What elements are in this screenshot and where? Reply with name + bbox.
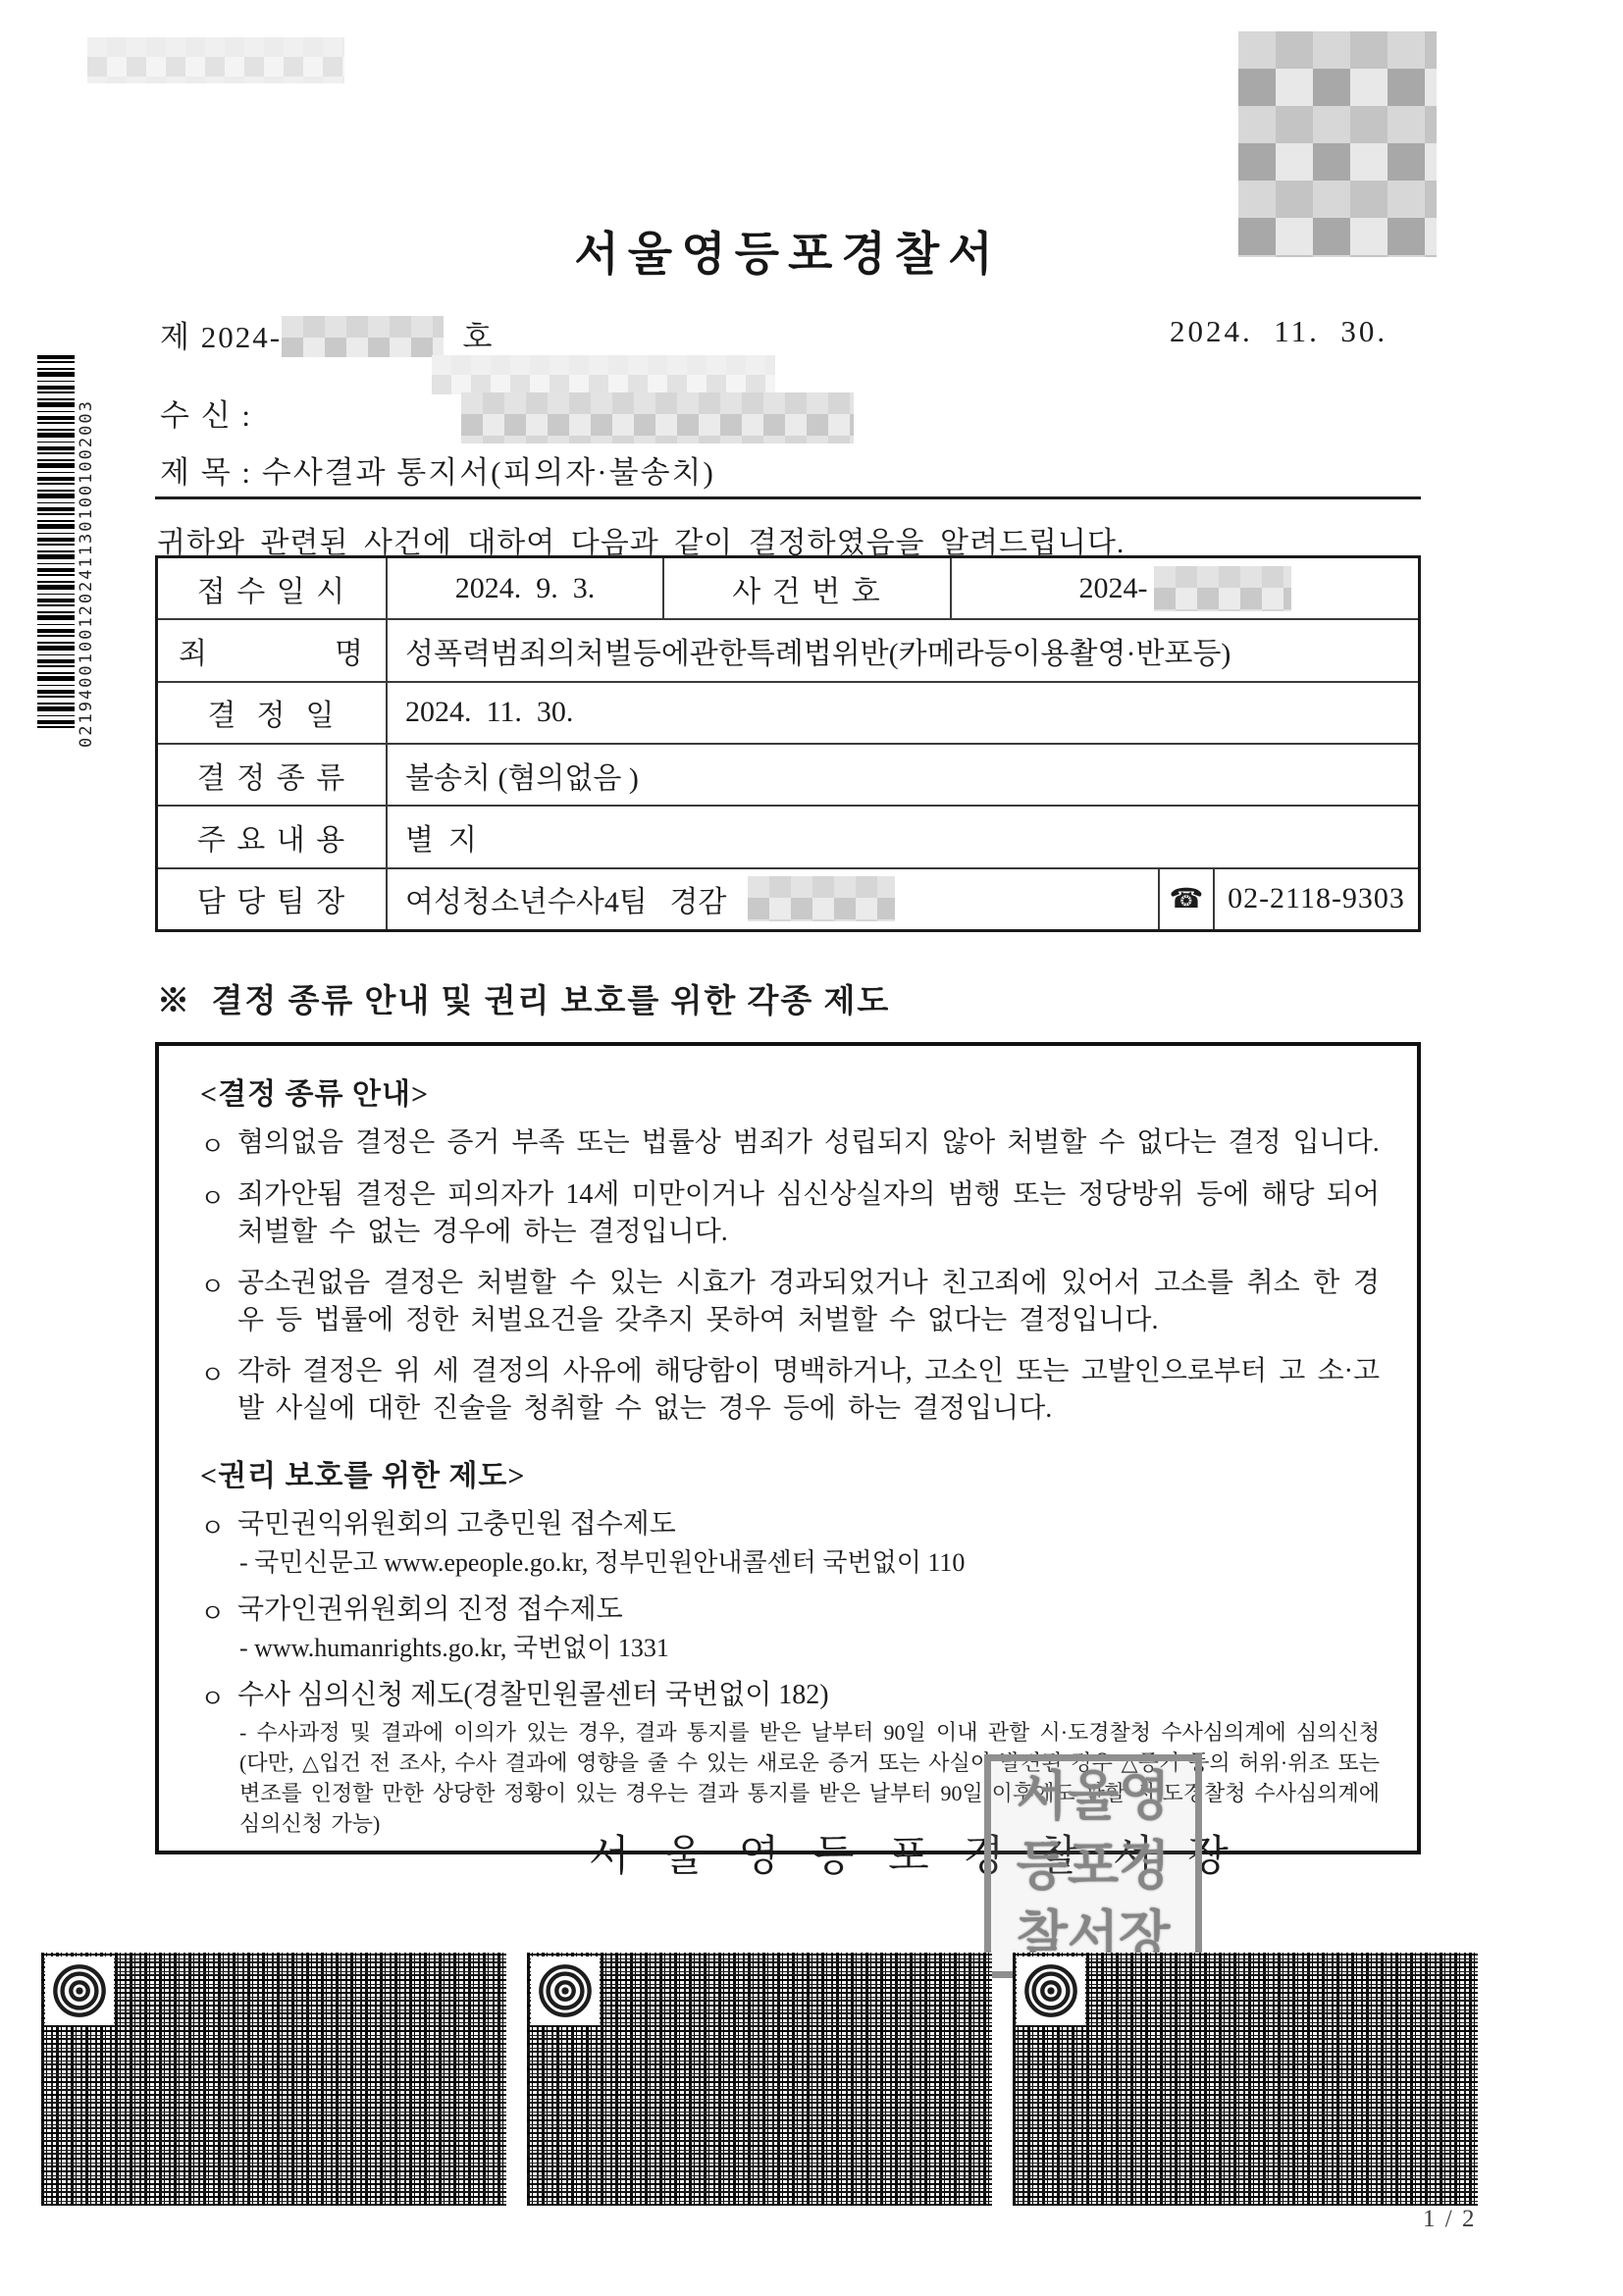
official-seal-stamp: 서울영 등포경 찰서장 — [984, 1754, 1202, 1978]
vertical-barcode-number: 02194001001202411301001002003 — [77, 345, 96, 748]
notice-box: <결정 종류 안내> ㅇ 혐의없음 결정은 증거 부족 또는 법률상 범죄가 성… — [155, 1042, 1421, 1854]
phone-icon: ☎ — [1158, 869, 1213, 929]
decision-type-value: 불송치 (혐의없음 ) — [386, 745, 1418, 805]
list-item: ㅇ 국가인권위원회의 진정 접수제도 - www.humanrights.go.… — [200, 1592, 1380, 1665]
table-row-decision-type: 결 정 종 류 불송치 (혐의없음 ) — [158, 743, 1418, 805]
document-title: 서울영등포경찰서 — [155, 218, 1421, 284]
bullet-marker: ㅇ — [200, 1265, 237, 1339]
bullet-marker: ㅇ — [200, 1176, 237, 1251]
right-title: 국가인권위원회의 진정 접수제도 — [237, 1592, 1380, 1630]
bullet-text: 각하 결정은 위 세 결정의 사유에 해당함이 명백하거나, 고소인 또는 고발… — [237, 1353, 1380, 1428]
subject-value: 수사결과 통지서(피의자·불송치) — [262, 455, 715, 490]
page-number: 1 / 2 — [1423, 2206, 1476, 2233]
list-item: ㅇ 공소권없음 결정은 처벌할 수 있는 시효가 경과되었거나 친고죄에 있어서… — [200, 1265, 1380, 1339]
seal-logo-icon — [45, 1957, 114, 2025]
vertical-barcode — [37, 355, 75, 732]
case-number-text: 2024- — [1079, 572, 1148, 605]
redaction-officer-name — [748, 876, 895, 921]
list-item: ㅇ 국민권익위원회의 고충민원 접수제도 - 국민신문고 www.epeople… — [200, 1506, 1380, 1580]
bullet-marker: ㅇ — [200, 1124, 237, 1163]
recipient-label: 수 신 : — [160, 391, 262, 435]
table-row-receipt: 접 수 일 시 2024. 9. 3. 사 건 번 호 2024- — [158, 558, 1418, 618]
secure-barcode — [41, 1953, 506, 2206]
right-detail: - 수사과정 및 결과에 이의가 있는 경우, 결과 통지를 받은 날부터 90… — [200, 1717, 1380, 1839]
receipt-date-value: 2024. 9. 3. — [386, 558, 662, 618]
content-label: 주 요 내 용 — [158, 807, 386, 866]
crime-value: 성폭력범죄의처벌등에관한특례법위반(카메라등이용촬영·반포등) — [386, 620, 1418, 680]
decision-type-label: 결 정 종 류 — [158, 745, 386, 805]
seal-logo-icon — [531, 1957, 600, 2025]
bullet-marker: ㅇ — [200, 1353, 237, 1428]
subject-line: 제 목 : 수사결과 통지서(피의자·불송치) — [160, 447, 715, 492]
list-item: ㅇ 혐의없음 결정은 증거 부족 또는 법률상 범죄가 성립되지 않아 처벌할 … — [200, 1124, 1380, 1163]
case-number-value: 2024- — [950, 558, 1418, 618]
bullet-marker: ㅇ — [200, 1592, 237, 1630]
crime-label: 죄 명 — [158, 620, 386, 680]
bullet-marker: ㅇ — [200, 1677, 237, 1715]
table-row-decision-date: 결 정 일 2024. 11. 30. — [158, 681, 1418, 743]
redaction-mid — [432, 355, 775, 394]
right-title: 수사 심의신청 제도(경찰민원콜센터 국번없이 182) — [237, 1677, 1380, 1715]
receipt-date-label: 접 수 일 시 — [158, 558, 386, 618]
doc-number-suffix: 호 — [463, 320, 495, 354]
bullet-text: 죄가안됨 결정은 피의자가 14세 미만이거나 심신상실자의 범행 또는 정당방… — [237, 1176, 1380, 1251]
team-value: 여성청소년수사4팀 경감 — [386, 869, 1158, 929]
seal-logo-icon — [1017, 1957, 1085, 2025]
table-row-team: 담 당 팀 장 여성청소년수사4팀 경감 ☎ 02-2118-9303 — [158, 867, 1418, 929]
notice-heading: ※ 결정 종류 안내 및 권리 보호를 위한 각종 제도 — [157, 975, 890, 1021]
right-detail: - 국민신문고 www.epeople.go.kr, 정부민원안내콜센터 국번없… — [200, 1546, 1380, 1580]
bullet-text: 공소권없음 결정은 처벌할 수 있는 시효가 경과되었거나 친고죄에 있어서 고… — [237, 1265, 1380, 1339]
doc-number-line: 제 2024- 호 — [160, 312, 494, 357]
redaction-doc-number — [282, 316, 444, 357]
team-label: 담 당 팀 장 — [158, 869, 386, 929]
right-title: 국민권익위원회의 고충민원 접수제도 — [237, 1506, 1380, 1544]
doc-number-prefix: 제 2024- — [160, 320, 282, 354]
header-rule — [155, 496, 1421, 499]
case-info-table: 접 수 일 시 2024. 9. 3. 사 건 번 호 2024- 죄 명 성폭… — [155, 555, 1421, 932]
redaction-recipient — [461, 392, 854, 444]
phone-number: 02-2118-9303 — [1213, 869, 1418, 929]
stamp-text-row: 등포경 — [991, 1837, 1195, 1896]
redaction-top-left — [87, 37, 344, 83]
document-date: 2024. 11. 30. — [1170, 314, 1387, 349]
right-detail: - www.humanrights.go.kr, 국번없이 1331 — [200, 1632, 1380, 1665]
secure-barcode — [527, 1953, 992, 2206]
content-value: 별 지 — [386, 807, 1418, 866]
list-item: ㅇ 죄가안됨 결정은 피의자가 14세 미만이거나 심신상실자의 범행 또는 정… — [200, 1176, 1380, 1251]
list-item: ㅇ 각하 결정은 위 세 결정의 사유에 해당함이 명백하거나, 고소인 또는 … — [200, 1353, 1380, 1428]
list-item: ㅇ 수사 심의신청 제도(경찰민원콜센터 국번없이 182) - 수사과정 및 … — [200, 1677, 1380, 1839]
secure-barcode — [1013, 1953, 1478, 2206]
redaction-case-number — [1154, 566, 1291, 611]
table-row-crime: 죄 명 성폭력범죄의처벌등에관한특례법위반(카메라등이용촬영·반포등) — [158, 618, 1418, 680]
decision-guide-title: <결정 종류 안내> — [200, 1070, 1380, 1113]
decision-date-label: 결 정 일 — [158, 683, 386, 743]
rights-title: <권리 보호를 위한 제도> — [200, 1451, 1380, 1494]
case-number-label: 사 건 번 호 — [662, 558, 950, 618]
decision-date-value: 2024. 11. 30. — [386, 683, 1418, 743]
bullet-marker: ㅇ — [200, 1506, 237, 1544]
table-row-content: 주 요 내 용 별 지 — [158, 805, 1418, 866]
scanned-document-page: 02194001001202411301001002003 서울영등포경찰서 제… — [0, 0, 1623, 2296]
subject-label: 제 목 : — [160, 455, 262, 490]
team-text: 여성청소년수사4팀 경감 — [405, 877, 726, 920]
bullet-text: 혐의없음 결정은 증거 부족 또는 법률상 범죄가 성립되지 않아 처벌할 수 … — [237, 1124, 1380, 1163]
stamp-text-row: 서울영 — [991, 1767, 1195, 1826]
